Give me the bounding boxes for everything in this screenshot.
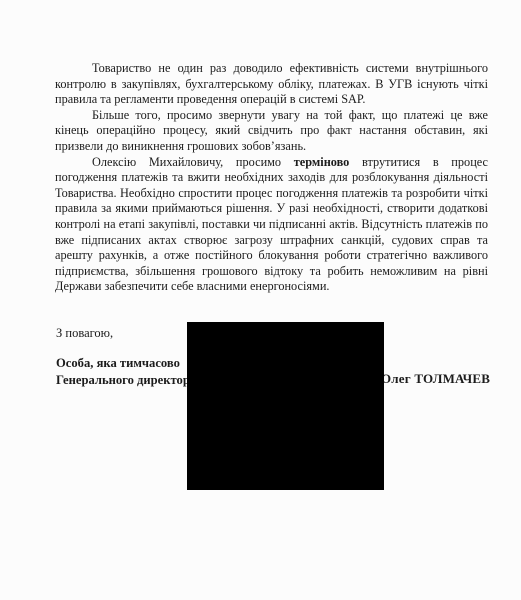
paragraph-urgent-request-suffix: втрутитися в процес погодження платежів … [55, 155, 488, 294]
urgent-keyword: терміново [294, 155, 350, 169]
paragraph-urgent-request-prefix: Олексію Михайловичу, просимо [92, 155, 294, 169]
paragraph-payments-fact: Більше того, просимо звернути увагу на т… [55, 108, 488, 155]
closing-salutation: З повагою, [56, 326, 113, 341]
signature-title-line1: Особа, яка тимчасово [56, 356, 180, 371]
scanned-letter-page: Товариство не один раз доводило ефективн… [0, 0, 521, 600]
paragraph-internal-control: Товариство не один раз доводило ефективн… [55, 61, 488, 108]
signatory-name: Олег ТОЛМАЧЕВ [381, 371, 493, 387]
paragraph-urgent-request: Олексію Михайловичу, просимо терміново в… [55, 155, 488, 295]
redaction-box [187, 322, 384, 490]
letter-body: Товариство не один раз доводило ефективн… [55, 61, 488, 295]
signature-title-line2: Генерального директор [56, 373, 190, 388]
